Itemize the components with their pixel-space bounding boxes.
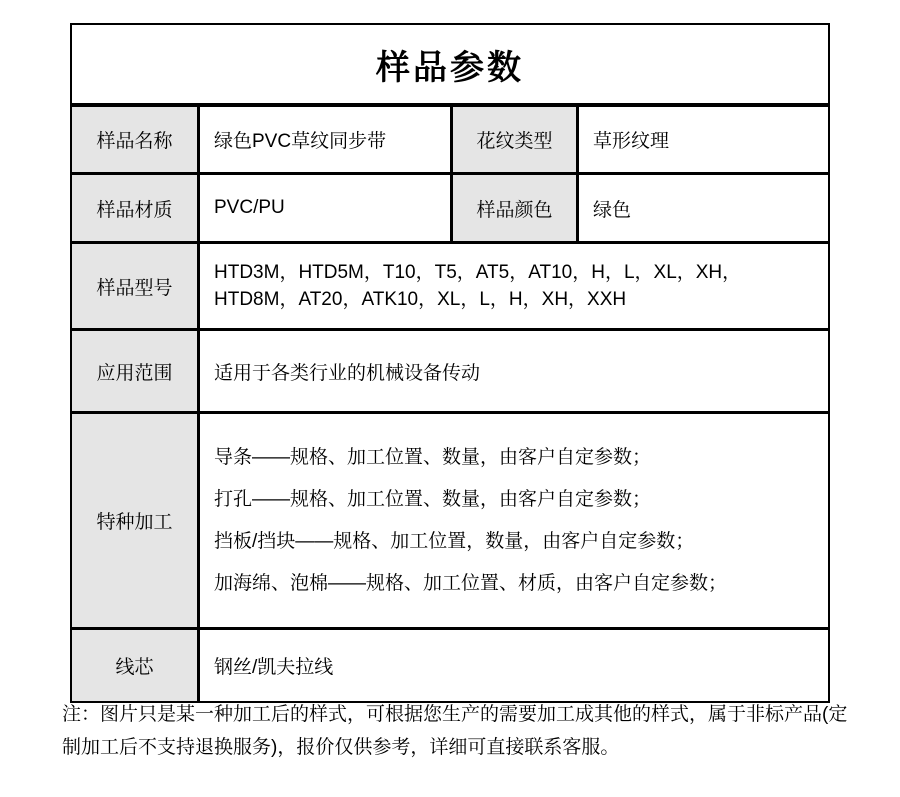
application-range-row: 应用范围 适用于各类行业的机械设备传动	[72, 331, 828, 414]
table-title: 样品参数	[72, 25, 828, 107]
sample-model-value: HTD3M，HTD5M，T10，T5，AT5，AT10，H，L，XL，XH，HT…	[200, 244, 828, 328]
sample-parameters-table: 样品参数 样品名称 绿色PVC草纹同步带 花纹类型 草形纹理 样品材质 PVC/…	[70, 23, 830, 703]
sample-material-value: PVC/PU	[200, 175, 453, 241]
sample-model-row: 样品型号 HTD3M，HTD5M，T10，T5，AT5，AT10，H，L，XL，…	[72, 244, 828, 331]
sample-model-label: 样品型号	[72, 244, 200, 328]
sample-name-value: 绿色PVC草纹同步带	[200, 107, 453, 172]
special-processing-label: 特种加工	[72, 414, 200, 627]
sample-material-row: 样品材质 PVC/PU 样品颜色 绿色	[72, 175, 828, 244]
cord-core-label: 线芯	[72, 630, 200, 701]
sample-color-value: 绿色	[579, 175, 828, 241]
processing-line-sponge: 加海绵、泡棉——规格、加工位置、材质，由客户自定参数；	[214, 563, 727, 605]
sample-material-label: 样品材质	[72, 175, 200, 241]
processing-line-baffle: 挡板/挡块——规格、加工位置，数量，由客户自定参数；	[214, 521, 694, 563]
processing-line-guide: 导条——规格、加工位置、数量，由客户自定参数；	[214, 437, 651, 479]
footnote: 注：图片只是某一种加工后的样式，可根据您生产的需要加工成其他的样式，属于非标产品…	[62, 698, 854, 764]
application-range-label: 应用范围	[72, 331, 200, 411]
pattern-type-label: 花纹类型	[453, 107, 579, 172]
page: 样品参数 样品名称 绿色PVC草纹同步带 花纹类型 草形纹理 样品材质 PVC/…	[0, 0, 900, 797]
sample-name-label: 样品名称	[72, 107, 200, 172]
application-range-value: 适用于各类行业的机械设备传动	[200, 331, 828, 411]
cord-core-value: 钢丝/凯夫拉线	[200, 630, 828, 701]
cord-core-row: 线芯 钢丝/凯夫拉线	[72, 630, 828, 701]
special-processing-value: 导条——规格、加工位置、数量，由客户自定参数； 打孔——规格、加工位置、数量，由…	[200, 414, 828, 627]
pattern-type-value: 草形纹理	[579, 107, 828, 172]
processing-line-punch: 打孔——规格、加工位置、数量，由客户自定参数；	[214, 479, 651, 521]
sample-name-row: 样品名称 绿色PVC草纹同步带 花纹类型 草形纹理	[72, 107, 828, 175]
special-processing-row: 特种加工 导条——规格、加工位置、数量，由客户自定参数； 打孔——规格、加工位置…	[72, 414, 828, 630]
sample-color-label: 样品颜色	[453, 175, 579, 241]
